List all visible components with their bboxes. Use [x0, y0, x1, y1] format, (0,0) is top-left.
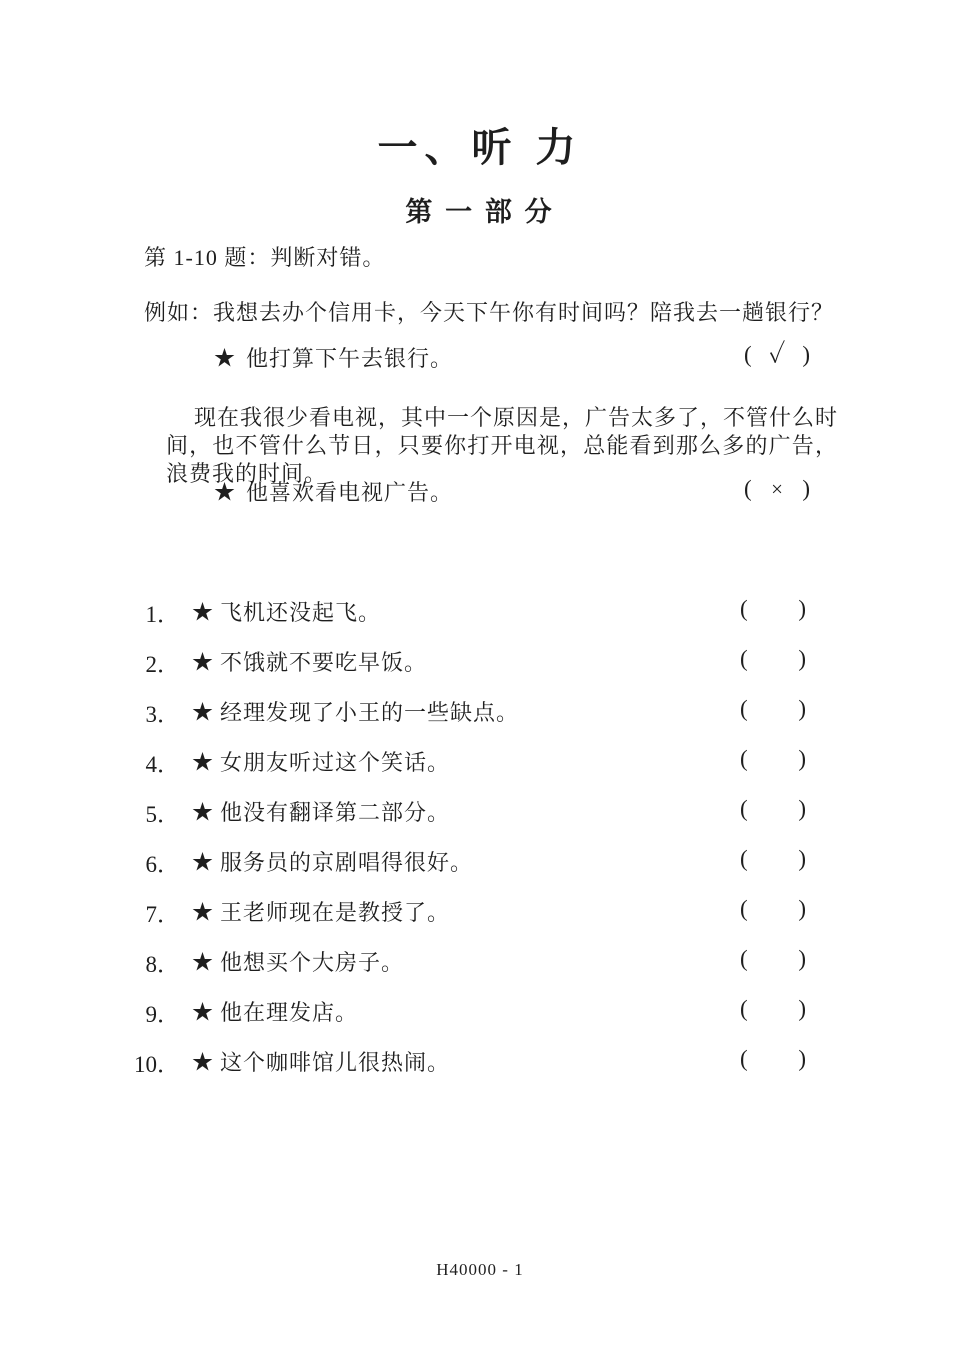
answer-slot-5[interactable]: ( )	[740, 796, 806, 822]
example-statement-row-2: ★ 他喜欢看电视广告。 ( × )	[0, 476, 960, 506]
question-row-2: 2． ★ 不饿就不要吃早饭。 ( )	[0, 646, 960, 676]
answer-slot-4[interactable]: ( )	[740, 746, 806, 772]
page-footer: H40000 - 1	[0, 1260, 960, 1280]
question-text: 不饿就不要吃早饭。	[220, 646, 427, 677]
paren-open: (	[740, 846, 748, 872]
paren-close: )	[802, 342, 810, 368]
answer-slot-example-1: ( ✓ )	[744, 342, 810, 368]
paren-open: (	[744, 342, 752, 368]
star-icon: ★	[192, 896, 213, 926]
paren-close: )	[798, 946, 806, 972]
star-icon: ★	[192, 846, 213, 876]
answer-slot-example-2: ( × )	[744, 476, 810, 502]
question-text: 这个咖啡馆儿很热闹。	[220, 1046, 450, 1077]
question-row-10: 10． ★ 这个咖啡馆儿很热闹。 ( )	[0, 1046, 960, 1076]
paren-close: )	[798, 696, 806, 722]
question-row-8: 8． ★ 他想买个大房子。 ( )	[0, 946, 960, 976]
question-number: 3．	[112, 696, 180, 729]
question-text: 经理发现了小王的一些缺点。	[220, 696, 519, 727]
paren-close: )	[802, 476, 810, 502]
question-text: 他在理发店。	[220, 996, 358, 1027]
answer-slot-9[interactable]: ( )	[740, 996, 806, 1022]
check-mark: ✓	[769, 342, 786, 368]
answer-slot-6[interactable]: ( )	[740, 846, 806, 872]
star-icon: ★	[192, 946, 213, 976]
question-number: 9．	[112, 996, 180, 1029]
paren-open: (	[740, 646, 748, 672]
question-row-6: 6． ★ 服务员的京剧唱得很好。 ( )	[0, 846, 960, 876]
question-number: 8．	[112, 946, 180, 979]
paren-open: (	[740, 1046, 748, 1072]
paren-close: )	[798, 796, 806, 822]
question-number: 6．	[112, 846, 180, 879]
question-number: 7．	[112, 896, 180, 929]
example-statement-row-1: ★ 他打算下午去银行。 ( ✓ )	[0, 342, 960, 372]
question-row-1: 1． ★ 飞机还没起飞。 ( )	[0, 596, 960, 626]
question-text: 王老师现在是教授了。	[220, 896, 450, 927]
paren-open: (	[740, 696, 748, 722]
paren-open: (	[740, 796, 748, 822]
question-number: 2．	[112, 646, 180, 679]
paren-close: )	[798, 846, 806, 872]
star-icon: ★	[192, 1046, 213, 1076]
cross-mark: ×	[771, 479, 783, 500]
answer-slot-2[interactable]: ( )	[740, 646, 806, 672]
star-icon: ★	[192, 596, 213, 626]
answer-slot-10[interactable]: ( )	[740, 1046, 806, 1072]
paren-open: (	[744, 476, 752, 502]
paren-close: )	[798, 896, 806, 922]
star-icon: ★	[192, 646, 213, 676]
answer-slot-3[interactable]: ( )	[740, 696, 806, 722]
question-text: 女朋友听过这个笑话。	[220, 746, 450, 777]
answer-slot-7[interactable]: ( )	[740, 896, 806, 922]
instructions: 第 1-10 题：判断对错。	[144, 241, 385, 272]
paren-close: )	[798, 1046, 806, 1072]
paren-close: )	[798, 646, 806, 672]
paren-close: )	[798, 746, 806, 772]
star-icon: ★	[192, 796, 213, 826]
star-icon: ★	[192, 696, 213, 726]
question-text: 他想买个大房子。	[220, 946, 404, 977]
star-icon: ★	[192, 996, 213, 1026]
question-number: 1．	[112, 596, 180, 629]
paren-open: (	[740, 946, 748, 972]
question-row-4: 4． ★ 女朋友听过这个笑话。 ( )	[0, 746, 960, 776]
question-text: 服务员的京剧唱得很好。	[220, 846, 473, 877]
question-number: 10．	[112, 1046, 180, 1079]
example-statement-1: 他打算下午去银行。	[246, 342, 453, 373]
example-intro: 例如：我想去办个信用卡，今天下午你有时间吗？陪我去一趟银行？	[144, 296, 834, 327]
exam-page: 一、听 力 第 一 部 分 第 1-10 题：判断对错。 例如：我想去办个信用卡…	[0, 0, 960, 1358]
question-row-7: 7． ★ 王老师现在是教授了。 ( )	[0, 896, 960, 926]
paren-open: (	[740, 596, 748, 622]
answer-slot-1[interactable]: ( )	[740, 596, 806, 622]
question-number: 5．	[112, 796, 180, 829]
paren-close: )	[798, 996, 806, 1022]
answer-slot-8[interactable]: ( )	[740, 946, 806, 972]
question-text: 他没有翻译第二部分。	[220, 796, 450, 827]
paren-open: (	[740, 996, 748, 1022]
question-number: 4．	[112, 746, 180, 779]
star-icon: ★	[214, 476, 235, 506]
question-text: 飞机还没起飞。	[220, 596, 381, 627]
star-icon: ★	[192, 746, 213, 776]
part-title: 第 一 部 分	[0, 190, 960, 229]
example-statement-2: 他喜欢看电视广告。	[246, 476, 453, 507]
question-row-3: 3． ★ 经理发现了小王的一些缺点。 ( )	[0, 696, 960, 726]
star-icon: ★	[214, 342, 235, 372]
section-title: 一、听 力	[0, 116, 960, 173]
question-row-5: 5． ★ 他没有翻译第二部分。 ( )	[0, 796, 960, 826]
paren-open: (	[740, 896, 748, 922]
question-row-9: 9． ★ 他在理发店。 ( )	[0, 996, 960, 1026]
paren-close: )	[798, 596, 806, 622]
paren-open: (	[740, 746, 748, 772]
